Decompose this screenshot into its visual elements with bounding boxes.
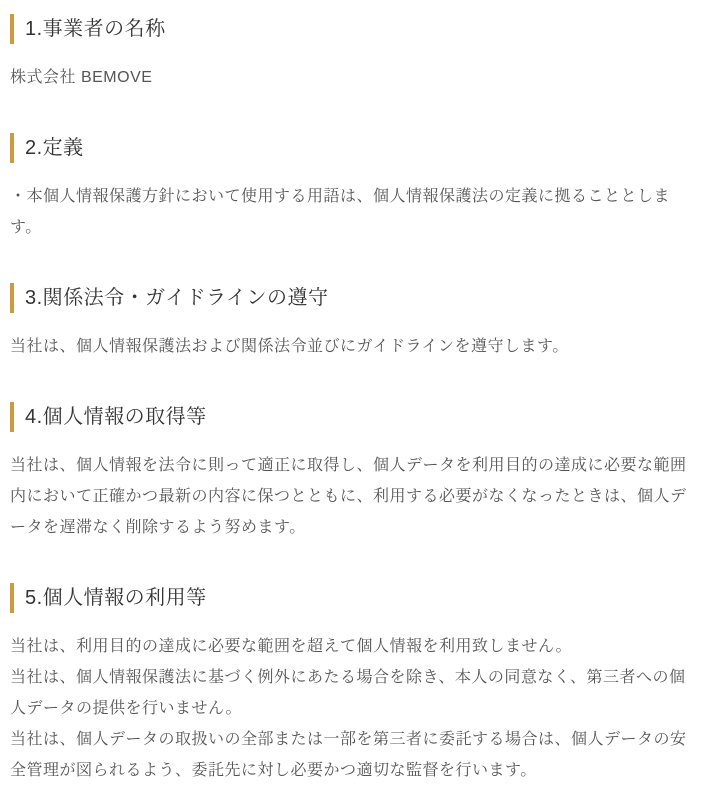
section-data-acquisition: 4.個人情報の取得等 当社は、個人情報を法令に則って適正に取得し、個人データを利… — [10, 402, 694, 543]
section-heading: 3.関係法令・ガイドラインの遵守 — [10, 283, 694, 313]
section-body: ・本個人情報保護方針において使用する用語は、個人情報保護法の定義に拠ることとしま… — [10, 181, 694, 243]
section-body: 当社は、利用目的の達成に必要な範囲を超えて個人情報を利用致しません。 当社は、個… — [10, 631, 694, 786]
section-paragraph: 当社は、個人情報保護法に基づく例外にあたる場合を除き、本人の同意なく、第三者への… — [10, 662, 694, 724]
section-heading: 2.定義 — [10, 133, 694, 163]
section-heading: 5.個人情報の利用等 — [10, 583, 694, 613]
section-paragraph: ・本個人情報保護方針において使用する用語は、個人情報保護法の定義に拠ることとしま… — [10, 181, 694, 243]
section-heading: 1.事業者の名称 — [10, 14, 694, 44]
section-body: 当社は、個人情報保護法および関係法令並びにガイドラインを遵守します。 — [10, 331, 694, 362]
section-paragraph: 株式会社 BEMOVE — [10, 62, 694, 93]
section-paragraph: 当社は、個人情報を法令に則って適正に取得し、個人データを利用目的の達成に必要な範… — [10, 450, 694, 543]
section-body: 当社は、個人情報を法令に則って適正に取得し、個人データを利用目的の達成に必要な範… — [10, 450, 694, 543]
section-paragraph: 当社は、個人データの取扱いの全部または一部を第三者に委託する場合は、個人データの… — [10, 724, 694, 786]
privacy-policy-page: 1.事業者の名称 株式会社 BEMOVE 2.定義 ・本個人情報保護方針において… — [0, 0, 716, 786]
section-paragraph: 当社は、個人情報保護法および関係法令並びにガイドラインを遵守します。 — [10, 331, 694, 362]
section-definitions: 2.定義 ・本個人情報保護方針において使用する用語は、個人情報保護法の定義に拠る… — [10, 133, 694, 243]
section-data-usage: 5.個人情報の利用等 当社は、利用目的の達成に必要な範囲を超えて個人情報を利用致… — [10, 583, 694, 786]
section-business-name: 1.事業者の名称 株式会社 BEMOVE — [10, 14, 694, 93]
section-heading: 4.個人情報の取得等 — [10, 402, 694, 432]
section-law-compliance: 3.関係法令・ガイドラインの遵守 当社は、個人情報保護法および関係法令並びにガイ… — [10, 283, 694, 362]
section-body: 株式会社 BEMOVE — [10, 62, 694, 93]
section-paragraph: 当社は、利用目的の達成に必要な範囲を超えて個人情報を利用致しません。 — [10, 631, 694, 662]
